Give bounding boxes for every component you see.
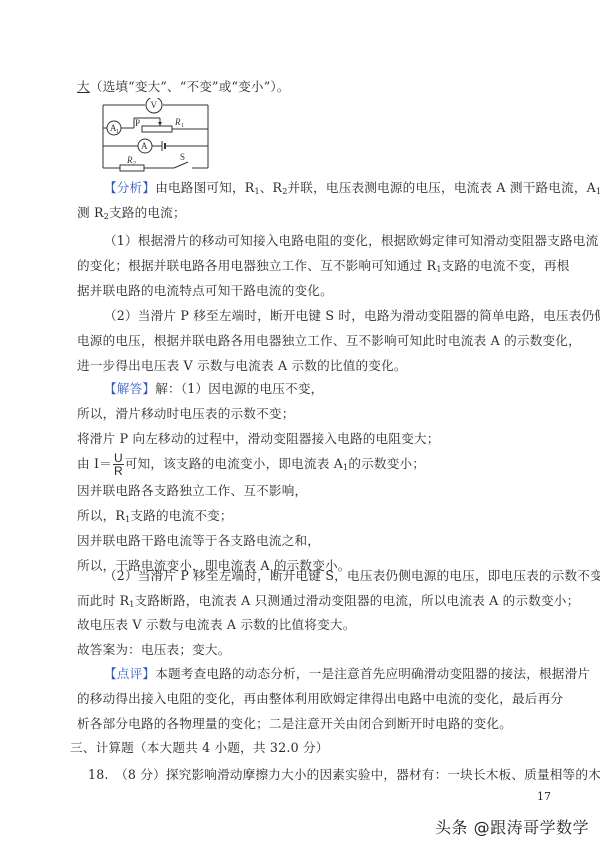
svg-text:2: 2 <box>133 161 136 167</box>
solution-line-7: 因并联电路干路电流等于各支路电流之和， <box>77 533 320 549</box>
comment-line-1: 【点评】本题考查电路的动态分析，一是注意首先应明确滑动变阻器的接法，根据滑片 <box>104 666 590 682</box>
svg-text:A: A <box>141 141 148 151</box>
analysis-p2-line-2: 电源的电压，根据并联电路各用电器独立工作、互不影响可知此时电流表 A 的示数变化… <box>77 333 581 349</box>
svg-text:1: 1 <box>116 129 119 135</box>
page-number: 17 <box>537 790 551 803</box>
solution-tag: 【解答】 <box>104 381 155 396</box>
svg-text:P: P <box>135 118 140 128</box>
analysis-tag: 【分析】 <box>104 180 155 195</box>
solution-line-6: 所以，R1支路的电流不变； <box>77 508 233 528</box>
ohms-law-fraction: UR <box>113 452 124 477</box>
answer-fill: 大 <box>77 79 90 94</box>
solution-p2-line-3: 故电压表 V 示数与电流表 A 示数的比值将变大。 <box>77 617 355 633</box>
svg-text:R: R <box>126 155 133 165</box>
question-18: 18. （8 分）探究影响滑动摩擦力大小的因素实验中，器材有：一块长木板、质量相… <box>88 767 600 783</box>
circuit-diagram: V A1 A P R1 R2 S <box>100 98 212 172</box>
analysis-line-2: 测 R2支路的电流； <box>77 205 186 225</box>
analysis-line-1: 【分析】由电路图可知，R1、R2并联，电压表测电源的电压，电流表 A 测干路电流… <box>104 180 600 200</box>
comment-tag: 【点评】 <box>104 666 155 681</box>
svg-text:R: R <box>174 117 181 127</box>
analysis-p2-line-1: （2）当滑片 P 移至左端时，断开电键 S 时，电路为滑动变阻器的简单电路，电压… <box>104 308 600 324</box>
comment-line-2: 的移动得出接入电阻的变化，再由整体利用欧姆定律得出电路中电流的变化，最后再分 <box>77 691 563 707</box>
solution-line-2: 所以，滑片移动时电压表的示数不变； <box>77 406 295 422</box>
analysis-p1-line-3: 据并联电路的电流特点可知干路电流的变化。 <box>77 283 333 299</box>
solution-line-1: 【解答】解：（1）因电源的电压不变， <box>104 381 323 397</box>
section-heading: 三、计算题（本大题共 4 小题，共 32.0 分） <box>70 740 329 756</box>
top-line: 大（选填“变大”、“不变”或“变小”）。 <box>77 79 290 95</box>
solution-line-4: 由 I＝UR可知，该支路的电流变小，即电流表 A1的示数变小； <box>77 452 425 477</box>
watermark: 头条 @跟涛哥学数学 <box>435 815 589 838</box>
final-answer: 故答案为：电压表；变大。 <box>77 642 231 658</box>
solution-line-5: 因并联电路各支路独立工作、互不影响， <box>77 483 307 499</box>
voltmeter-label: V <box>151 100 158 110</box>
solution-line-3: 将滑片 P 向左移动的过程中，滑动变阻器接入电路的电阻变大； <box>77 431 440 447</box>
comment-line-3: 析各部分电路的各物理量的变化；二是注意开关由闭合到断开时电路的变化。 <box>77 716 512 732</box>
solution-p2-line-1: （2）当滑片 P 移至左端时，断开电键 S，电压表仍侧电源的电压，即电压表的示数… <box>104 568 600 584</box>
svg-text:1: 1 <box>181 123 184 129</box>
svg-text:S: S <box>180 152 185 162</box>
analysis-p1-line-1: （1）根据滑片的移动可知接入电路电阻的变化，根据欧姆定律可知滑动变阻器支路电流 <box>104 233 598 249</box>
analysis-p1-line-2: 的变化；根据并联电路各用电器独立工作、互不影响可知通过 R1支路的电流不变，再根 <box>77 258 570 278</box>
analysis-p2-line-3: 进一步得出电压表 V 示数与电流表 A 示数的比值的变化。 <box>77 358 407 374</box>
solution-p2-line-2: 而此时 R1支路断路，电流表 A 只测通过滑动变阻器的电流，所以电流表 A 的示… <box>77 593 579 613</box>
